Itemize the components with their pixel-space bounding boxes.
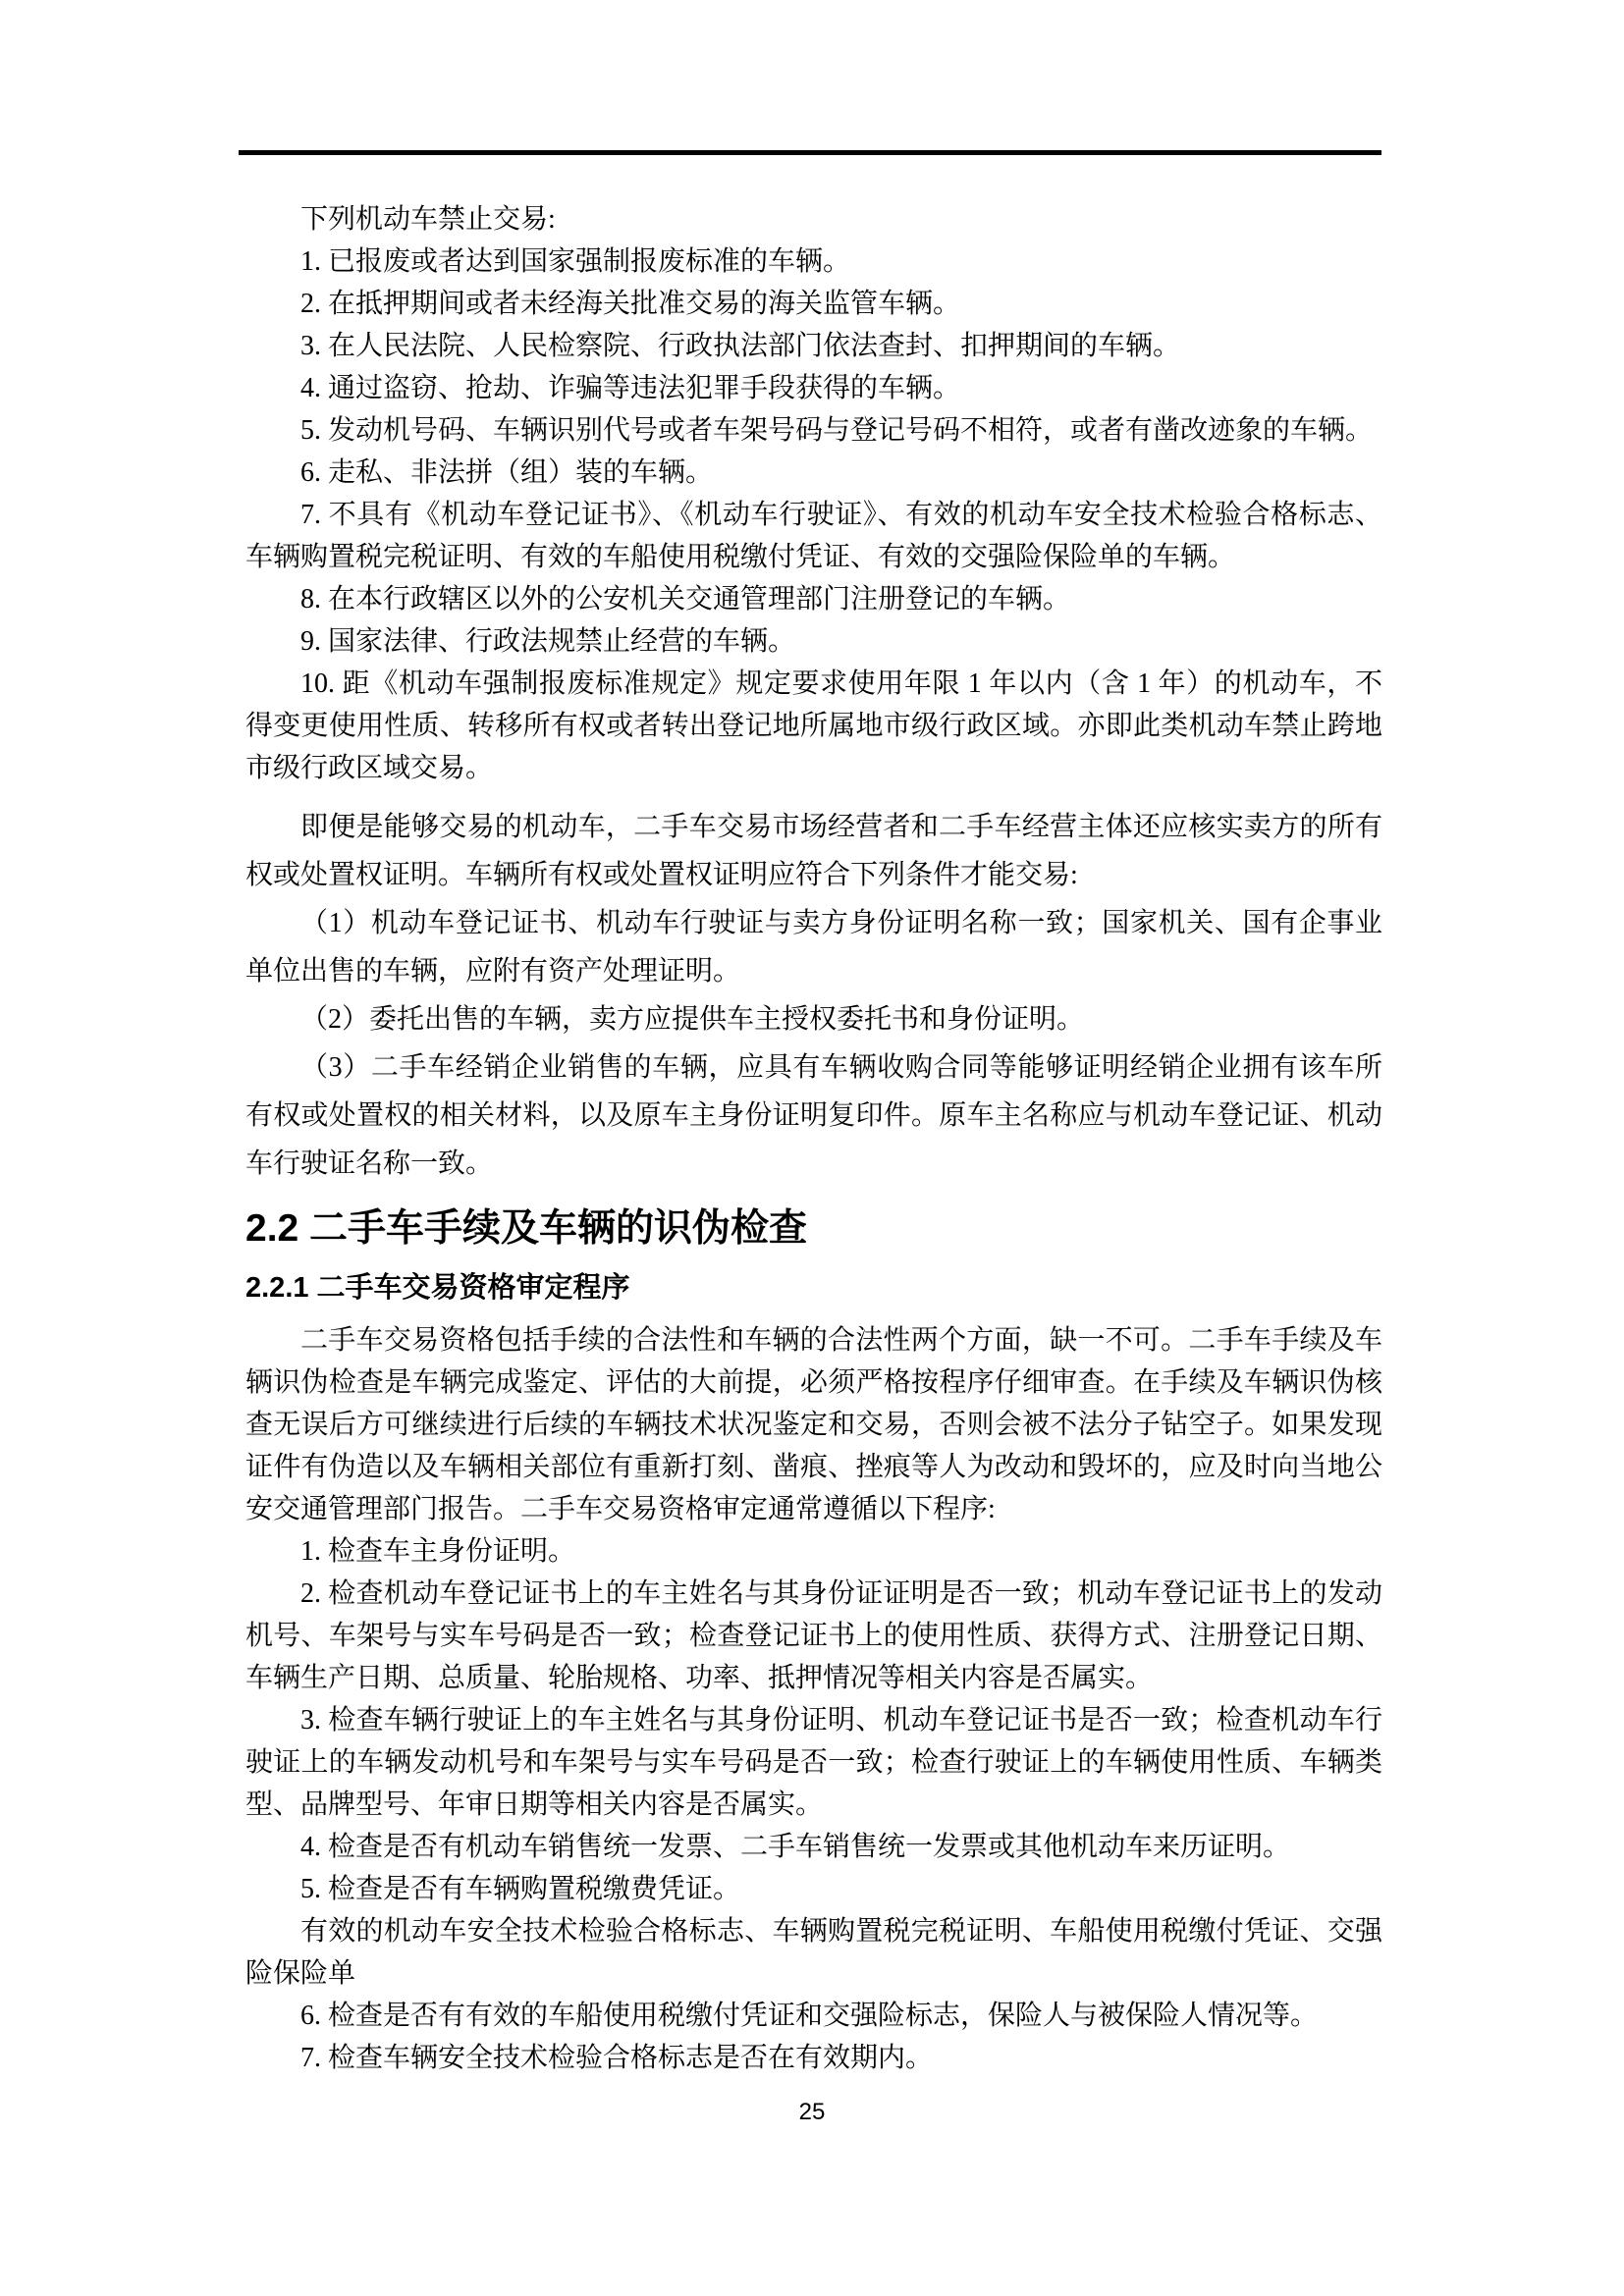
procedure-step-7: 7. 检查车辆安全技术检验合格标志是否在有效期内。 (245, 2037, 1382, 2079)
prohibited-item-8: 8. 在本行政辖区以外的公安机关交通管理部门注册登记的车辆。 (245, 578, 1382, 620)
procedure-step-2: 2. 检查机动车登记证书上的车主姓名与其身份证证明是否一致；机动车登记证书上的发… (245, 1573, 1382, 1699)
prohibited-item-1: 1. 已报废或者达到国家强制报废标准的车辆。 (245, 240, 1382, 283)
prohibited-item-2: 2. 在抵押期间或者未经海关批准交易的海关监管车辆。 (245, 283, 1382, 325)
procedure-section: 二手车交易资格包括手续的合法性和车辆的合法性两个方面，缺一不可。二手车手续及车辆… (245, 1319, 1382, 2079)
prohibited-item-5: 5. 发动机号码、车辆识别代号或者车架号码与登记号码不相符，或者有凿改迹象的车辆… (245, 409, 1382, 452)
procedure-step-3: 3. 检查车辆行驶证上的车主姓名与其身份证明、机动车登记证书是否一致；检查机动车… (245, 1699, 1382, 1826)
document-page: 下列机动车禁止交易: 1. 已报废或者达到国家强制报废标准的车辆。 2. 在抵押… (0, 0, 1624, 2296)
header-rule (239, 150, 1381, 155)
procedure-lead-paragraph: 二手车交易资格包括手续的合法性和车辆的合法性两个方面，缺一不可。二手车手续及车辆… (245, 1319, 1382, 1530)
ownership-paragraph-2: （1）机动车登记证书、机动车行驶证与卖方身份证明名称一致；国家机关、国有企事业单… (245, 899, 1382, 995)
ownership-paragraph-1: 即便是能够交易的机动车，二手车交易市场经营者和二手车经营主体还应核实卖方的所有权… (245, 803, 1382, 899)
procedure-step-4: 4. 检查是否有机动车销售统一发票、二手车销售统一发票或其他机动车来历证明。 (245, 1826, 1382, 1868)
procedure-note-paragraph: 有效的机动车安全技术检验合格标志、车辆购置税完税证明、车船使用税缴付凭证、交强险… (245, 1910, 1382, 1995)
procedure-step-5: 5. 检查是否有车辆购置税缴费凭证。 (245, 1868, 1382, 1910)
prohibited-item-6: 6. 走私、非法拼（组）装的车辆。 (245, 452, 1382, 494)
prohibited-item-3: 3. 在人民法院、人民检察院、行政执法部门依法查封、扣押期间的车辆。 (245, 325, 1382, 367)
prohibited-item-4: 4. 通过盗窃、抢劫、诈骗等违法犯罪手段获得的车辆。 (245, 367, 1382, 409)
prohibited-item-10: 10. 距《机动车强制报废标准规定》规定要求使用年限 1 年以内（含 1 年）的… (245, 663, 1382, 789)
procedure-step-1: 1. 检查车主身份证明。 (245, 1530, 1382, 1573)
section-heading: 2.2 二手车手续及车辆的识伪检查 (245, 1205, 1382, 1253)
prohibited-item-7: 7. 不具有《机动车登记证书》、《机动车行驶证》、有效的机动车安全技术检验合格标… (245, 494, 1382, 578)
prohibited-item-9: 9. 国家法律、行政法规禁止经营的车辆。 (245, 620, 1382, 663)
subsection-heading: 2.2.1 二手车交易资格审定程序 (245, 1268, 1382, 1308)
page-number: 25 (0, 2099, 1624, 2126)
ownership-paragraph-4: （3）二手车经销企业销售的车辆，应具有车辆收购合同等能够证明经销企业拥有该车所有… (245, 1043, 1382, 1188)
prohibited-section: 下列机动车禁止交易: 1. 已报废或者达到国家强制报废标准的车辆。 2. 在抵押… (245, 198, 1382, 789)
intro-paragraph: 下列机动车禁止交易: (245, 198, 1382, 240)
procedure-step-6: 6. 检查是否有有效的车船使用税缴付凭证和交强险标志，保险人与被保险人情况等。 (245, 1995, 1382, 2037)
ownership-section: 即便是能够交易的机动车，二手车交易市场经营者和二手车经营主体还应核实卖方的所有权… (245, 803, 1382, 1188)
document-content: 下列机动车禁止交易: 1. 已报废或者达到国家强制报废标准的车辆。 2. 在抵押… (245, 198, 1382, 2079)
ownership-paragraph-3: （2）委托出售的车辆，卖方应提供车主授权委托书和身份证明。 (245, 995, 1382, 1043)
